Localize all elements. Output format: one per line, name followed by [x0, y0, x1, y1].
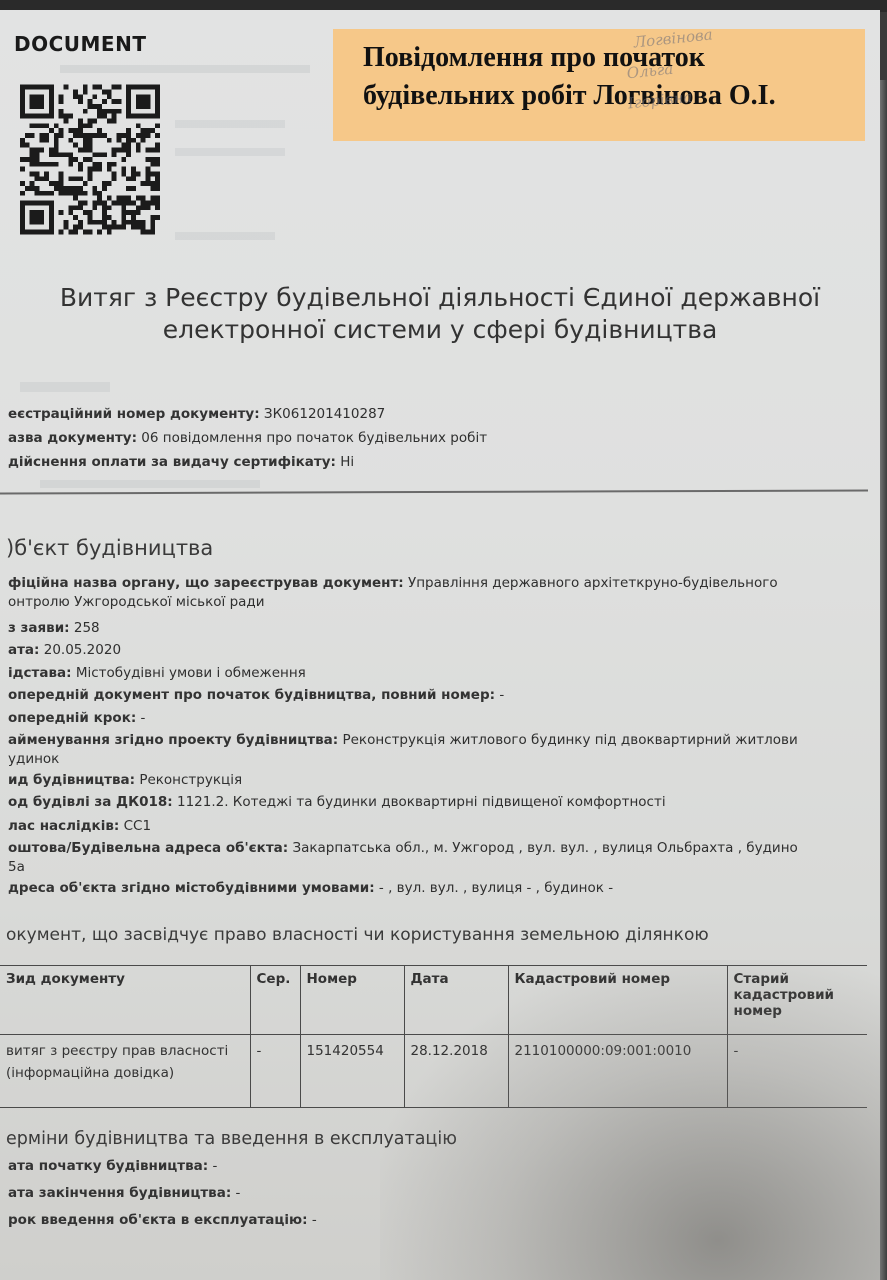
field-label: ата: — [8, 642, 39, 658]
field-label: опередній крок: — [8, 710, 136, 726]
field-label: оштова/Будівельна адреса об'єкта: — [8, 840, 288, 856]
cell-number: 151420554 — [300, 1035, 404, 1108]
field-payment: дійснення оплати за видачу сертифікату: … — [8, 454, 354, 470]
field-label: лас наслідків: — [8, 818, 119, 834]
field-reg-number: еєстраційний номер документу: ЗК06120141… — [8, 406, 385, 422]
land-document-table: Зид документу Сер. Номер Дата Кадастрови… — [0, 965, 867, 1108]
col-cadastral: Кадастровий номер — [508, 966, 727, 1035]
field-label: опередній документ про початок будівницт… — [8, 687, 495, 703]
field-value: - — [136, 710, 145, 726]
object-field: ідстава: Містобудівні умови і обмеження — [8, 665, 306, 681]
col-series: Сер. — [250, 966, 300, 1035]
col-doc-type: Зид документу — [0, 966, 250, 1035]
field-label: фіційна назва органу, що зареєстрував до… — [8, 575, 404, 591]
cell-date: 28.12.2018 — [404, 1035, 508, 1108]
field-value-continued: удинок — [8, 751, 798, 767]
field-label: од будівлі за ДК018: — [8, 794, 173, 810]
col-old-cadastral: Старий кадастровий номер — [727, 966, 867, 1035]
document-title: Витяг з Реєстру будівельної діяльності Є… — [0, 282, 880, 346]
field-value-continued: 5а — [8, 859, 798, 875]
field-value: 1121.2. Котеджі та будинки двоквартирні … — [173, 794, 666, 810]
field-commissioning-term: рок введення об'єкта в експлуатацію: - — [8, 1212, 317, 1228]
object-field: ата: 20.05.2020 — [8, 642, 121, 658]
cell-series: - — [250, 1035, 300, 1108]
object-field: оштова/Будівельна адреса об'єкта: Закарп… — [8, 840, 798, 875]
object-field: опередній документ про початок будівницт… — [8, 687, 504, 703]
field-value: Містобудівні умови і обмеження — [72, 665, 306, 681]
field-end-date: ата закінчення будівництва: - — [8, 1185, 240, 1201]
field-value: 258 — [70, 620, 100, 636]
col-date: Дата — [404, 966, 508, 1035]
field-value: Управління державного архітеткруно-будів… — [404, 575, 778, 591]
cell-cadastral: 2110100000:09:001:0010 — [508, 1035, 727, 1108]
document-label: DOCUMENT — [14, 32, 146, 56]
object-section-heading: )б'єкт будівництва — [6, 536, 213, 560]
field-value-continued: онтролю Ужгородської міської ради — [8, 594, 778, 610]
qr-code-icon — [20, 82, 160, 237]
terms-section-heading: ерміни будівництва та введення в експлуа… — [6, 1129, 457, 1149]
field-value: Закарпатська обл., м. Ужгород , вул. вул… — [288, 840, 798, 856]
object-field: лас наслідків: СС1 — [8, 818, 151, 834]
field-value: 20.05.2020 — [39, 642, 121, 658]
object-field: опередній крок: - — [8, 710, 145, 726]
object-field: дреса об'єкта згідно містобудівними умов… — [8, 880, 613, 896]
field-start-date: ата початку будівництва: - — [8, 1158, 217, 1174]
annotation-banner: Повідомлення про початок будівельних роб… — [333, 29, 865, 141]
field-doc-name: азва документу: 06 повідомлення про поча… — [8, 430, 487, 446]
cell-doc-type: витяг з реєстру прав власності (інформац… — [0, 1035, 250, 1108]
table-row: витяг з реєстру прав власності (інформац… — [0, 1035, 867, 1108]
banner-line-2: будівельних робіт Логвінова О.І. — [363, 77, 865, 115]
field-value: Реконструкція — [135, 772, 242, 788]
document-page: DOCUMENT Повідомлення про початок будіве… — [0, 10, 880, 1280]
title-line-1: Витяг з Реєстру будівельної діяльності Є… — [0, 282, 880, 314]
object-field: фіційна назва органу, що зареєстрував до… — [8, 575, 778, 610]
object-field: айменування згідно проекту будівництва: … — [8, 732, 798, 767]
field-label: з заяви: — [8, 620, 70, 636]
cell-old-cadastral: - — [727, 1035, 867, 1108]
object-field: ид будівництва: Реконструкція — [8, 772, 242, 788]
land-section-heading: окумент, що засвідчує право власності чи… — [6, 925, 709, 945]
field-label: ідстава: — [8, 665, 72, 681]
title-line-2: електронної системи у сфері будівництва — [0, 314, 880, 346]
field-value: - — [495, 687, 504, 703]
field-value: Реконструкція житлового будинку під двок… — [338, 732, 798, 748]
field-label: ид будівництва: — [8, 772, 135, 788]
table-header-row: Зид документу Сер. Номер Дата Кадастрови… — [0, 966, 867, 1035]
field-label: айменування згідно проекту будівництва: — [8, 732, 338, 748]
field-value: СС1 — [119, 818, 151, 834]
object-field: з заяви: 258 — [8, 620, 100, 636]
banner-line-1: Повідомлення про початок — [363, 39, 865, 77]
field-value: - , вул. вул. , вулиця - , будинок - — [375, 880, 613, 896]
field-label: дреса об'єкта згідно містобудівними умов… — [8, 880, 375, 896]
object-field: од будівлі за ДК018: 1121.2. Котеджі та … — [8, 794, 666, 810]
divider — [0, 489, 868, 494]
col-number: Номер — [300, 966, 404, 1035]
